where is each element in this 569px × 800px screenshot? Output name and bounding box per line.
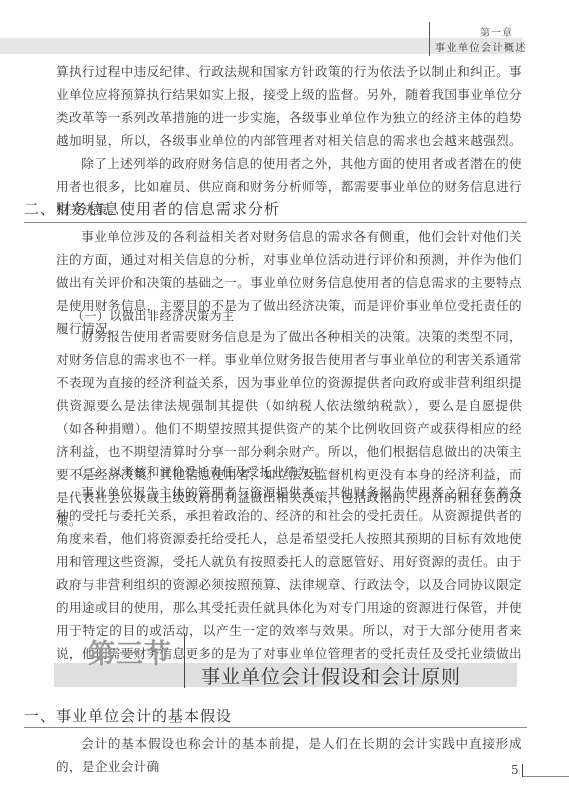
- header-divider: [429, 22, 430, 56]
- body-block-1: 算执行过程中违反纪律、行政法规和国家方针政策的行为依法予以制止和纠正。事业单位应…: [56, 60, 522, 221]
- page-number-rule: [523, 776, 569, 777]
- section-heading-1: 一、事业单位会计的基本假设: [24, 705, 524, 726]
- section-heading-2: 二、财务信息使用者的信息需求分析: [24, 198, 524, 219]
- subheading-2: （二）以考核和评价受托责任及受托业绩为主: [72, 463, 322, 480]
- paragraph: 会计的基本假设也称会计的基本前提，是人们在长期的会计实践中直接形成的，是企业会计…: [56, 732, 522, 778]
- header-chapter-title: 事业单位会计概述: [435, 39, 527, 54]
- heading-underline: [24, 727, 527, 728]
- section-divider: [184, 633, 185, 688]
- subheading-1: （一）以做出非经济决策为主: [72, 307, 235, 324]
- body-block-5: 会计的基本假设也称会计的基本前提，是人们在长期的会计实践中直接形成的，是企业会计…: [56, 732, 522, 778]
- paragraph: 算执行过程中违反纪律、行政法规和国家方针政策的行为依法予以制止和纠正。事业单位应…: [56, 60, 522, 152]
- header-chapter-label: 第一章: [383, 24, 513, 39]
- section-number: 第三节: [88, 632, 172, 671]
- heading-underline: [24, 222, 527, 223]
- page-number: 5: [511, 763, 519, 777]
- section-title: 事业单位会计假设和会计原则: [201, 662, 461, 689]
